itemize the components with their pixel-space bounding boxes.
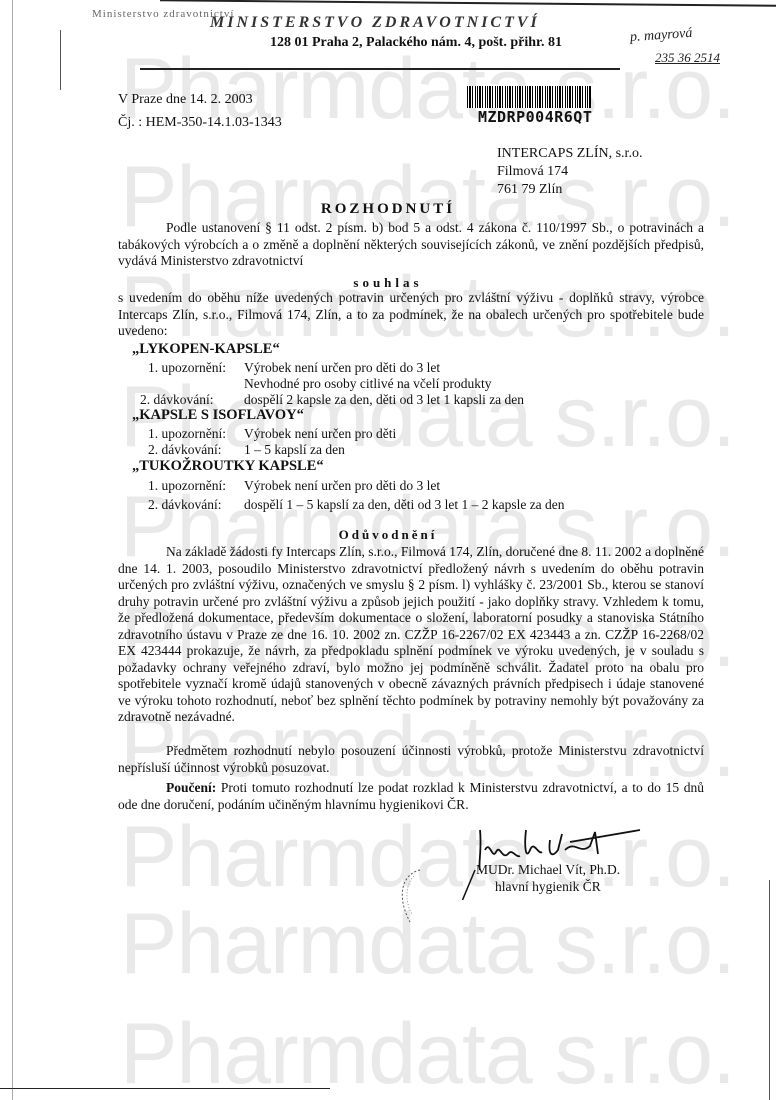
instruction-paragraph: Poučení: Proti tomuto rozhodnutí lze pod… (118, 780, 704, 813)
decision-intro: Podle ustanovení § 11 odst. 2 písm. b) b… (118, 220, 704, 270)
reference-number: Čj. : HEM-350-14.1.03-1343 (118, 115, 282, 131)
warning-label: 1. upozornění: (148, 478, 244, 494)
dosage-text: dospělí 1 – 5 kapslí za den, děti od 3 l… (244, 497, 565, 512)
barcode-text: MZDRP004R6QT (478, 108, 592, 126)
recipient-city: 761 79 Zlín (497, 181, 642, 199)
dosage-text: 1 – 5 kapslí za den (244, 442, 345, 457)
signatory-title: hlavní hygienik ČR (495, 879, 601, 895)
recipient-address: INTERCAPS ZLÍN, s.r.o. Filmová 174 761 7… (497, 145, 642, 199)
product-warning: 1. upozornění:Výrobek není určen pro dět… (148, 360, 440, 376)
recipient-street: Filmová 174 (497, 163, 642, 181)
dosage-label: 2. dávkování: (148, 442, 244, 458)
reasoning-paragraph: Předmětem rozhodnutí nebylo posouzení úč… (118, 743, 704, 776)
header-tick (60, 30, 61, 90)
dosage-text: dospělí 2 kapsle za den, děti od 3 let 1… (244, 392, 524, 407)
warning-text: Výrobek není určen pro děti do 3 let (244, 478, 440, 493)
product-warning-extra: Nevhodné pro osoby citlivé na včelí prod… (148, 376, 491, 392)
product-name: „LYKOPEN-KAPSLE“ (132, 341, 280, 358)
warning-label: 1. upozornění: (148, 360, 244, 376)
product-name: „KAPSLE S ISOFLAVOY“ (132, 407, 304, 424)
product-dosage: 2. dávkování:1 – 5 kapslí za den (148, 442, 345, 458)
document-date: V Praze dne 14. 2. 2003 (118, 92, 253, 108)
ministry-name: MINISTERSTVO ZDRAVOTNICTVÍ (210, 14, 540, 32)
barcode (467, 86, 591, 108)
product-dosage: 2. dávkování:dospělí 2 kapsle za den, dě… (140, 392, 524, 408)
warning-text: Nevhodné pro osoby citlivé na včelí prod… (244, 376, 491, 391)
watermark: Pharmdata s.r.o. (120, 1005, 735, 1100)
product-warning: 1. upozornění:Výrobek není určen pro dět… (148, 478, 440, 494)
consent-text: s uvedením do oběhu níže uvedených potra… (118, 290, 704, 340)
scan-border-right (769, 880, 770, 1100)
scan-border-bottom (0, 1088, 330, 1089)
ministry-address: 128 01 Praha 2, Palackého nám. 4, pošt. … (270, 35, 562, 51)
decision-title: ROZHODNUTÍ (0, 201, 776, 218)
reasoning-paragraph: Na základě žádosti fy Intercaps Zlín, s.… (118, 544, 704, 726)
warning-label: 1. upozornění: (148, 426, 244, 442)
instruction-label: Poučení: (166, 780, 216, 795)
reasoning-title: Odůvodnění (0, 527, 776, 543)
warning-text: Výrobek není určen pro děti do 3 let (244, 360, 440, 375)
product-dosage: 2. dávkování:dospělí 1 – 5 kapslí za den… (148, 497, 565, 513)
dosage-label: 2. dávkování: (140, 392, 244, 408)
scan-border-left (12, 0, 13, 1100)
scan-border-top (160, 0, 776, 7)
consent-title: souhlas (0, 275, 776, 291)
warning-text: Výrobek není určen pro děti (244, 426, 396, 441)
product-name: „TUKOŽROUTKY KAPSLE“ (132, 458, 324, 475)
product-warning: 1. upozornění:Výrobek není určen pro dět… (148, 426, 396, 442)
header-rule (140, 68, 620, 70)
handwritten-number: 235 36 2514 (655, 50, 720, 66)
dosage-label: 2. dávkování: (148, 497, 244, 513)
recipient-name: INTERCAPS ZLÍN, s.r.o. (497, 145, 642, 163)
signatory-name: MUDr. Michael Vít, Ph.D. (476, 862, 620, 878)
stamp-mark (392, 866, 432, 926)
